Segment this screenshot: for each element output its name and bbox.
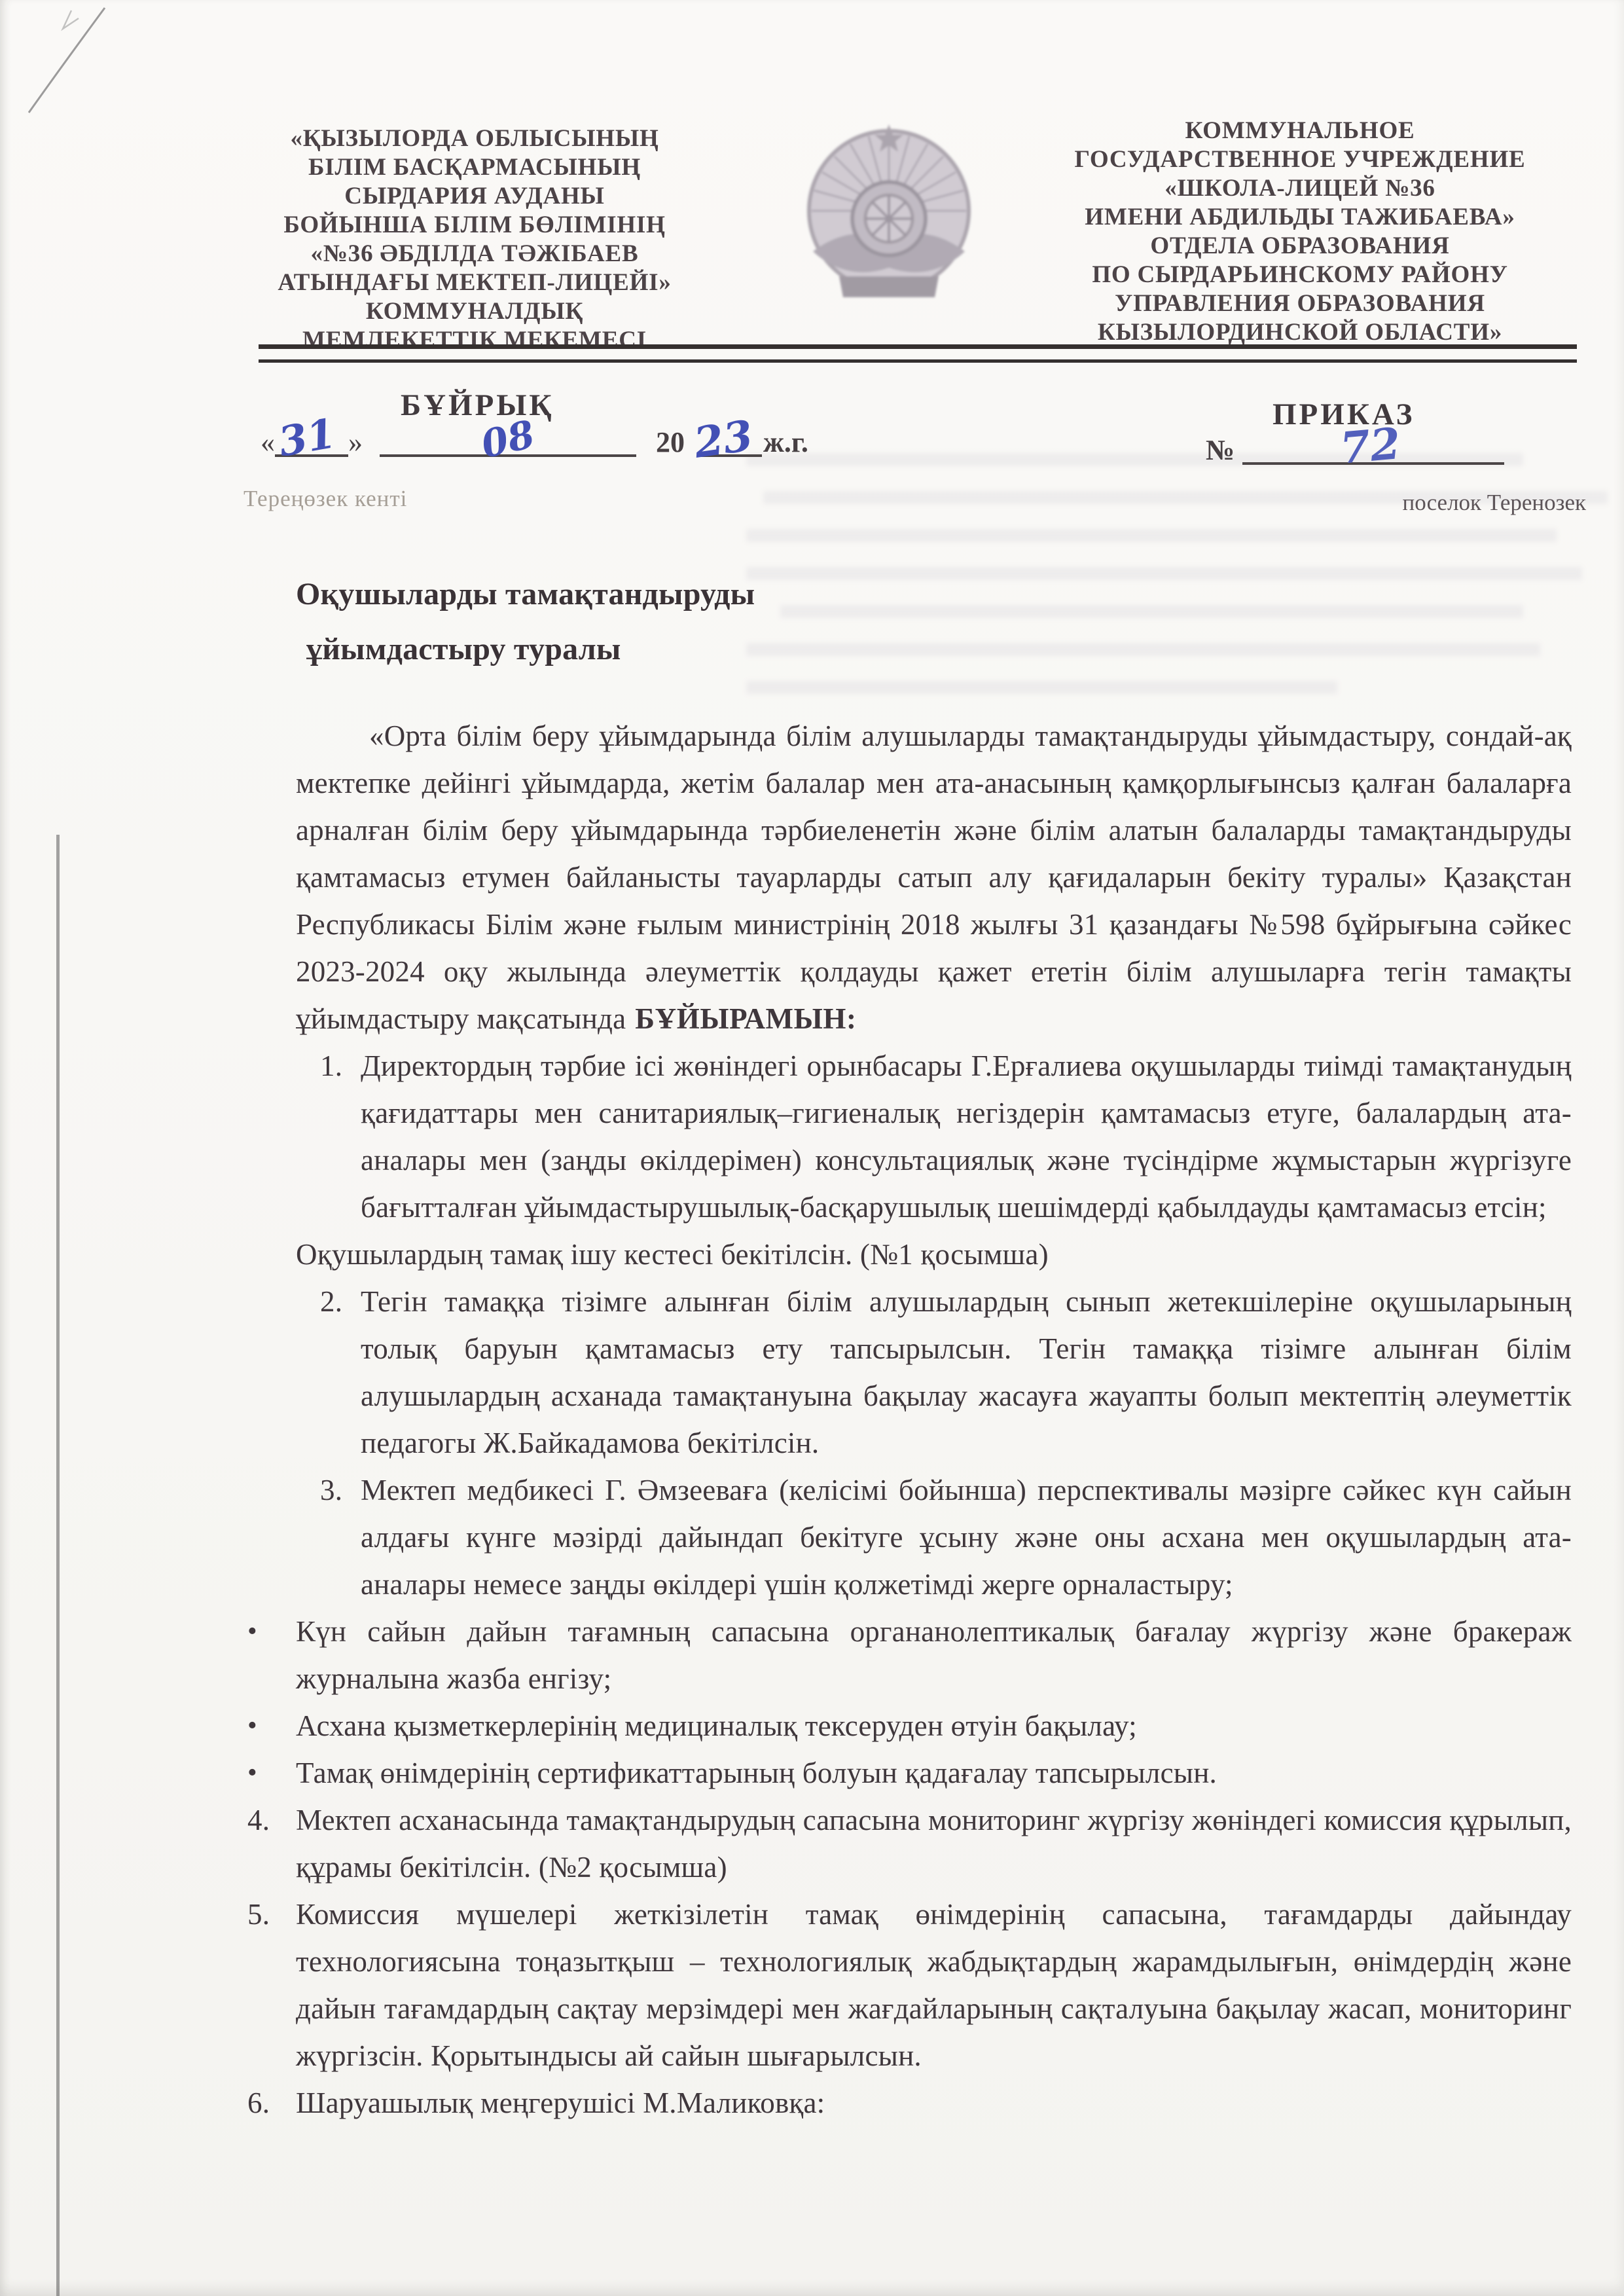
kazakhstan-emblem-icon <box>800 119 978 306</box>
date-month-field: 08 <box>380 419 636 457</box>
org-ru-line: «ШКОЛА-ЛИЦЕЙ №36 <box>1015 174 1585 203</box>
scanned-order-document: «ҚЫЗЫЛОРДА ОБЛЫСЫНЫҢ БІЛІМ БАСҚАРМАСЫНЫҢ… <box>0 0 1624 2296</box>
bullet-icon: • <box>247 1749 296 1796</box>
subject-line: Оқушыларды тамақтандыруды <box>296 567 1624 622</box>
org-kk-line: «№36 ӘБДІЛДА ТӘЖІБАЕВ <box>219 240 730 268</box>
place-kazakh: Тереңөзек кенті <box>244 486 407 512</box>
handwritten-day: 31 <box>276 413 338 463</box>
header-divider-line <box>259 344 1577 349</box>
order-item-6: 6. Шаруашылық меңгерушісі М.Маликовқа: <box>247 2079 1572 2126</box>
order-number-field: 72 <box>1242 427 1504 465</box>
handwritten-number: 72 <box>1339 422 1402 470</box>
item-text: Комиссия мүшелері жеткізілетін тамақ өні… <box>296 1891 1572 2079</box>
order-bullet-3: • Тамақ өнімдерінің сертификаттарының бо… <box>247 1749 1572 1796</box>
item-marker: 3. <box>320 1467 361 1608</box>
org-kk-line: АТЫНДАҒЫ МЕКТЕП-ЛИЦЕЙІ» <box>219 268 730 297</box>
date-year-field: 23 <box>699 419 762 457</box>
order-date-line: «31»082023ж.г. <box>261 419 808 467</box>
order-subject: Оқушыларды тамақтандыруды ұйымдастыру ту… <box>296 567 1624 677</box>
org-ru-line: ПО СЫРДАРЬИНСКОМУ РАЙОНУ <box>1015 261 1585 289</box>
order-item-1: 1. Директордың тәрбие ісі жөніндегі орын… <box>320 1042 1572 1231</box>
org-ru-line: КОММУНАЛЬНОЕ <box>1015 117 1585 145</box>
year-suffix: ж.г. <box>763 426 808 458</box>
order-body: Оқушыларды тамақтандыруды ұйымдастыру ту… <box>0 567 1624 2126</box>
org-ru-line: ОТДЕЛА ОБРАЗОВАНИЯ <box>1015 232 1585 261</box>
org-kk-line: МЕМЛЕКЕТТІК МЕКЕМЕСІ <box>219 326 730 355</box>
org-ru-line: ИМЕНИ АБДИЛЬДЫ ТАЖИБАЕВА» <box>1015 203 1585 232</box>
preamble-text: «Орта білім беру ұйымдарында білім алушы… <box>296 720 1572 1035</box>
item-marker: 4. <box>247 1796 296 1891</box>
place-russian: поселок Теренозек <box>1402 490 1586 516</box>
subject-line: ұйымдастыру туралы <box>306 622 1624 677</box>
item-marker: 6. <box>247 2079 296 2126</box>
number-label: № <box>1206 434 1235 466</box>
item-text: Оқушылардың тамақ ішу кестесі бекітілсін… <box>296 1231 1572 1278</box>
decree-word: БҰЙЫРАМЫН: <box>635 1002 856 1035</box>
order-item-schedule: Оқушылардың тамақ ішу кестесі бекітілсін… <box>296 1231 1572 1278</box>
org-name-russian: КОММУНАЛЬНОЕ ГОСУДАРСТВЕННОЕ УЧРЕЖДЕНИЕ … <box>1015 117 1585 347</box>
order-item-4: 4. Мектеп асханасында тамақтандырудың са… <box>247 1796 1572 1891</box>
order-item-5: 5. Комиссия мүшелері жеткізілетін тамақ … <box>247 1891 1572 2079</box>
org-ru-line: КЫЗЫЛОРДИНСКОЙ ОБЛАСТИ» <box>1015 318 1585 347</box>
item-marker: 1. <box>320 1042 361 1231</box>
org-kk-line: БІЛІМ БАСҚАРМАСЫНЫҢ <box>219 153 730 182</box>
quote-open: « <box>261 426 275 458</box>
order-number-line: №72 <box>1206 427 1504 467</box>
item-text: Мектеп асханасында тамақтандырудың сапас… <box>296 1796 1572 1891</box>
item-text: Директордың тәрбие ісі жөніндегі орынбас… <box>361 1042 1572 1231</box>
item-text: Шаруашылық меңгерушісі М.Маликовқа: <box>296 2079 1572 2126</box>
order-item-3: 3. Мектеп медбикесі Г. Әмзееваға (келісі… <box>320 1467 1572 1608</box>
org-kk-line: БОЙЫНША БІЛІМ БӨЛІМІНІҢ <box>219 211 730 240</box>
pen-scribble-mark <box>5 0 143 131</box>
item-marker: 5. <box>247 1891 296 2079</box>
org-name-kazakh: «ҚЫЗЫЛОРДА ОБЛЫСЫНЫҢ БІЛІМ БАСҚАРМАСЫНЫҢ… <box>219 124 730 355</box>
bullet-icon: • <box>247 1608 296 1702</box>
quote-close: » <box>348 426 363 458</box>
order-heading-kazakh: БҰЙРЫҚ <box>401 388 554 423</box>
org-ru-line: ГОСУДАРСТВЕННОЕ УЧРЕЖДЕНИЕ <box>1015 145 1585 174</box>
date-day-field: 31 <box>275 419 348 457</box>
handwritten-year: 23 <box>692 415 755 465</box>
org-kk-line: «ҚЫЗЫЛОРДА ОБЛЫСЫНЫҢ <box>219 124 730 153</box>
item-text: Күн сайын дайын тағамның сапасына органа… <box>296 1608 1572 1702</box>
item-text: Тегін тамаққа тізімге алынған білім алуш… <box>361 1278 1572 1467</box>
header-divider-line <box>259 359 1577 363</box>
order-item-2: 2. Тегін тамаққа тізімге алынған білім а… <box>320 1278 1572 1467</box>
item-text: Тамақ өнімдерінің сертификаттарының болу… <box>296 1749 1572 1796</box>
handwritten-month: 08 <box>478 415 538 464</box>
preamble-paragraph: «Орта білім беру ұйымдарында білім алушы… <box>296 712 1572 1042</box>
item-text: Асхана қызметкерлерінің медициналық текс… <box>296 1702 1572 1749</box>
item-marker: 2. <box>320 1278 361 1467</box>
bullet-icon: • <box>247 1702 296 1749</box>
org-kk-line: КОММУНАЛДЫҚ <box>219 297 730 326</box>
order-bullet-1: • Күн сайын дайын тағамның сапасына орга… <box>247 1608 1572 1702</box>
year-prefix: 20 <box>656 426 685 458</box>
org-kk-line: СЫРДАРИЯ АУДАНЫ <box>219 182 730 211</box>
org-ru-line: УПРАВЛЕНИЯ ОБРАЗОВАНИЯ <box>1015 289 1585 318</box>
order-bullet-2: • Асхана қызметкерлерінің медициналық те… <box>247 1702 1572 1749</box>
item-text: Мектеп медбикесі Г. Әмзееваға (келісімі … <box>361 1467 1572 1608</box>
